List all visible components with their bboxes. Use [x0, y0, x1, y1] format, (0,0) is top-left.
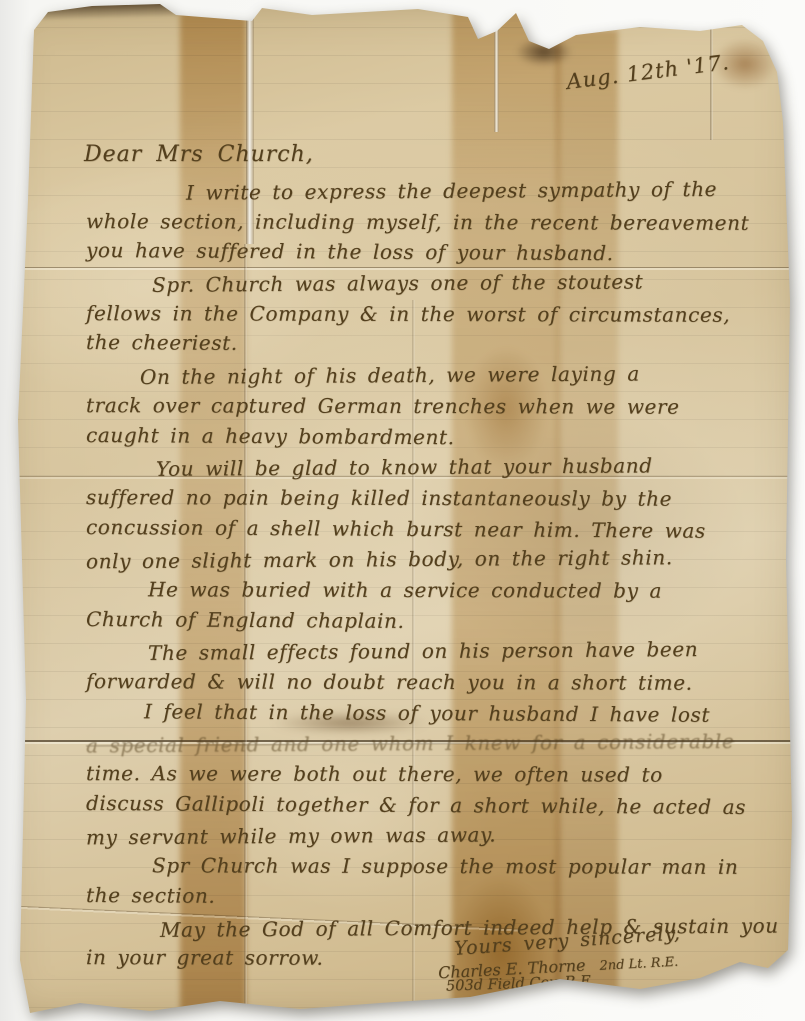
letter-line: concussion of a shell which burst near h… — [86, 512, 758, 547]
scanner-background: Aug. 12th '17. Dear Mrs Church, I write … — [0, 0, 805, 1021]
letter-line: Spr. Church was always one of the stoute… — [86, 266, 758, 301]
signature-force: B.E.F. — [542, 991, 582, 1008]
letter-line: the section. — [86, 880, 758, 915]
letter-line: you have suffered in the loss of your hu… — [86, 235, 758, 270]
dark-torn-edge-top-left — [36, 0, 178, 21]
letter-line-obscured-by-fold: a special friend and one whom I knew for… — [86, 726, 758, 761]
fold-crease-vertical-3 — [710, 20, 713, 140]
dark-blotch-top-edge — [516, 38, 572, 66]
fold-gap-vertical-top-center — [494, 0, 499, 132]
letter-line: I feel that in the loss of your husband … — [86, 696, 758, 731]
letter-line: time. As we were both out there, we ofte… — [86, 758, 758, 790]
letter-line: whole section, including myself, in the … — [86, 206, 758, 238]
letter-line: discuss Gallipoli together & for a short… — [86, 788, 758, 823]
letter-line: On the night of his death, we were layin… — [86, 358, 758, 393]
letter-line: Church of England chaplain. — [86, 604, 758, 639]
letter-line: He was buried with a service conducted b… — [86, 574, 758, 606]
letter-line: suffered no pain being killed instantane… — [86, 482, 758, 514]
letter-salutation: Dear Mrs Church, — [84, 142, 314, 167]
letter-body: I write to express the deepest sympathy … — [86, 176, 758, 974]
letter-date: Aug. 12th '17. — [565, 50, 731, 94]
letter-line: caught in a heavy bombardment. — [86, 419, 758, 454]
paper-shadow-wrap: Aug. 12th '17. Dear Mrs Church, I write … — [0, 0, 805, 1021]
letter-line: the cheeriest. — [86, 327, 758, 362]
letter-line: only one slight mark on his body, on the… — [86, 542, 758, 577]
letter-line: my servant while my own was away. — [86, 818, 758, 853]
letter-paper: Aug. 12th '17. Dear Mrs Church, I write … — [0, 0, 805, 1021]
letter-line: You will be glad to know that your husba… — [86, 450, 758, 485]
letter-line: The small effects found on his person ha… — [86, 634, 758, 669]
letter-line: fellows in the Company & in the worst of… — [86, 298, 758, 330]
letter-line: Spr Church was I suppose the most popula… — [86, 850, 758, 882]
letter-line: forwarded & will no doubt reach you in a… — [86, 666, 758, 698]
letter-line: track over captured German trenches when… — [86, 390, 758, 422]
letter-line: I write to express the deepest sympathy … — [86, 174, 758, 209]
